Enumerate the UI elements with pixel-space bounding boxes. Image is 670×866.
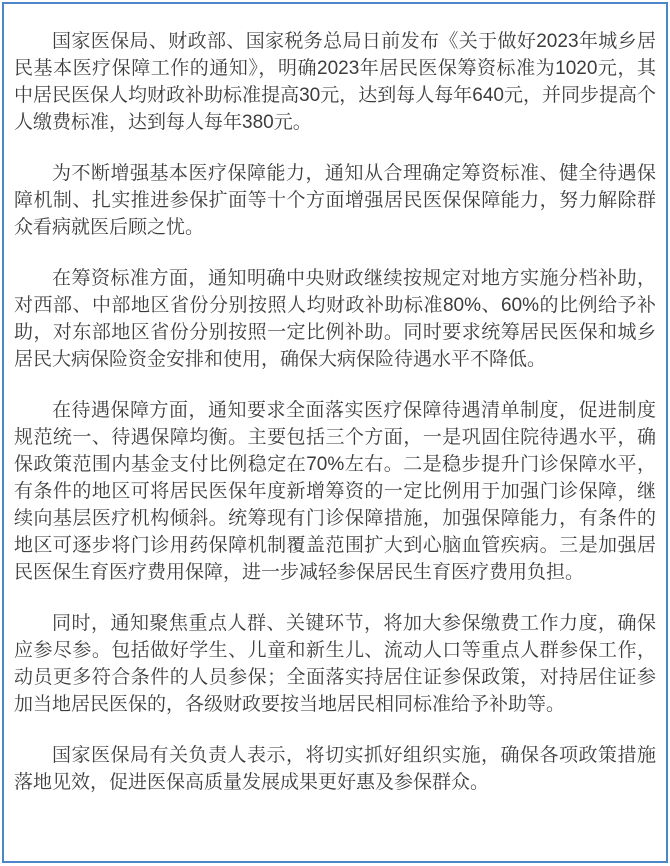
article-paragraph-capability-overview: 为不断增强基本医疗保障能力，通知从合理确定筹资标准、健全待遇保障机制、扎实推进参… xyxy=(14,160,656,241)
article-paragraph-official-statement: 国家医保局有关负责人表示，将切实抓好组织实施，确保各项政策措施落地见效，促进医保… xyxy=(14,742,656,796)
article-paragraph-funding-standards: 在筹资标准方面，通知明确中央财政继续按规定对地方实施分档补助，对西部、中部地区省… xyxy=(14,265,656,373)
article-paragraph-benefit-guarantee: 在待遇保障方面，通知要求全面落实医疗保障待遇清单制度，促进制度规范统一、待遇保障… xyxy=(14,397,656,586)
article-body: 国家医保局、财政部、国家税务总局日前发布《关于做好2023年城乡居民基本医疗保障… xyxy=(4,4,666,861)
article-page: 国家医保局、财政部、国家税务总局日前发布《关于做好2023年城乡居民基本医疗保障… xyxy=(0,0,670,866)
article-paragraph-key-groups: 同时，通知聚焦重点人群、关键环节，将加大参保缴费工作力度，确保应参尽参。包括做好… xyxy=(14,610,656,718)
page-border-frame: 国家医保局、财政部、国家税务总局日前发布《关于做好2023年城乡居民基本医疗保障… xyxy=(2,2,668,863)
article-paragraph-funding-announcement: 国家医保局、财政部、国家税务总局日前发布《关于做好2023年城乡居民基本医疗保障… xyxy=(14,28,656,136)
